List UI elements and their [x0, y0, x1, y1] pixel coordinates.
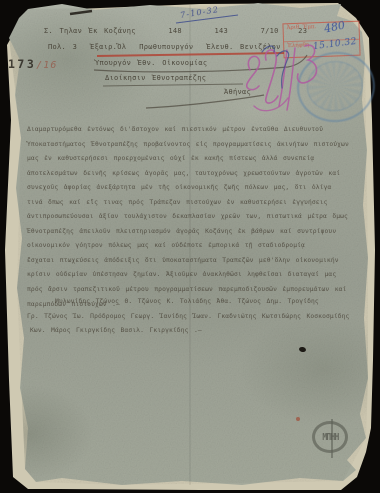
archive-watermark: ΜΠΗΗ: [312, 421, 348, 453]
signature-line: Κων. Μάρος Γκιργκίδης Βασιλ. Γκιργκίδης …: [30, 327, 202, 334]
header-minister-line: Ὑπουργόν Ἐθν. Οἰκονομίας: [95, 59, 207, 67]
scanned-document: 7-10-32 173/16 Σ. Τηλαν Ἐκ Κοζάνης 148 1…: [0, 0, 380, 493]
body-line: πρός ἄρσιν τραπεζιτικοῦ μέτρου προγραμμα…: [27, 283, 360, 298]
header-addressee-line: Πολ. 3 Ἐξαιρ.Ὅλ Πρωθυπουργόν Ἐλευθ. Βενι…: [48, 43, 281, 51]
registry-number-value: 480: [323, 19, 346, 36]
body-line: Διαμαρτυρόμεθα ἐντόνως δι'ἄστοχον καί πι…: [27, 123, 360, 138]
body-line: Ἐθνοτραπέζης ἀπειλοῦν πλειστηριασμόν ἀγο…: [27, 225, 360, 240]
body-text: Διαμαρτυρόμεθα ἐντόνως δι'ἄστοχον καί πι…: [27, 123, 360, 312]
header-origin-line: Σ. Τηλαν Ἐκ Κοζάνης 148 143 7/10 23: [44, 27, 307, 35]
body-line: τινά ὅπως καί εἴς τινας πρός Τράπεζαν πι…: [27, 196, 360, 211]
registry-number-label: Ἀριθ. Ἐμπ.: [286, 24, 316, 31]
signature-line: Γρ. Τζώνος Ἰω. Πρόδρομος Γεωργ. Ἰανίδης …: [27, 313, 349, 320]
body-line: οἰκονομικόν γόητρον πόλεως μας καί οὐδέπ…: [27, 239, 360, 254]
reference-number-suffix: /16: [36, 60, 57, 71]
blue-circular-stamp-inner: [304, 57, 366, 114]
rust-speck: [296, 417, 300, 421]
header-bank-line: Διοίκησιν Ἐθνοτραπέζης: [105, 74, 206, 82]
body-line: συνεχοῦς ἀφορίας ἀνεξάρτητα μέν τῆς οἰκο…: [27, 181, 360, 196]
reference-number-stamped: 173: [8, 57, 36, 71]
header-city-line: Ἀθήνας: [224, 88, 251, 96]
body-line: Ὑποκαταστήματος Ἐθνοτραπέζης προβαίνοντο…: [27, 138, 360, 153]
body-line: μας ἐν καθυστερήσεσι προερχομέναις οὐχί …: [27, 152, 360, 167]
watermark-letters: ΜΠΗΗ: [322, 432, 338, 443]
signature-line: Μυλωνίδης Τζώνος Θ. Τζώνος Κ. Τολιάδης Ἀ…: [55, 298, 319, 305]
body-line: ἔσχαται πτωχεύσεις ἀπόδειξις ὅτι ὑποκατα…: [27, 254, 360, 269]
body-line: ἀντιπροσωπεύουσαι ἀξίαν τουλάχιστον δεκα…: [27, 210, 360, 225]
body-line: κρίσιν οὐδεμίαν ὑπέστησαν ζημίαν. Ἀξιοῦμ…: [27, 268, 360, 283]
body-line: ἀποτελεσμάτων δεινῆς κρίσεως ἀγορᾶς μας,…: [27, 167, 360, 182]
received-label: Ἐλήφθη: [287, 42, 309, 49]
reference-number: 173/16: [8, 53, 57, 72]
